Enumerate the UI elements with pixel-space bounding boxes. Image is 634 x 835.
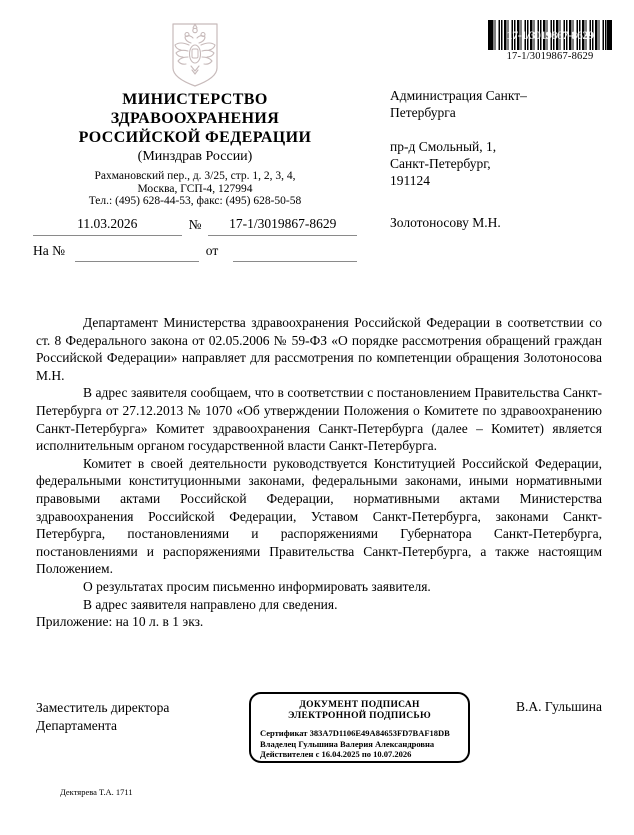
body-paragraph-2: В адрес заявителя сообщаем, что в соотве…	[36, 384, 602, 454]
on-number-label: На №	[33, 243, 65, 262]
letter-body: Департамент Министерства здравоохранения…	[36, 314, 602, 631]
body-paragraph-3: Комитет в своей деятельности руководству…	[36, 455, 602, 578]
signer-name: В.А. Гульшина	[516, 699, 602, 715]
barcode-icon: 17-1/3019867-8629	[488, 20, 612, 50]
addressee-organization: Администрация Санкт– Петербурга	[390, 87, 614, 121]
addressee-header: 17-1/3019867-8629 17-1/3019867-8629 Адми…	[390, 20, 614, 231]
addressee-address-line3: 191124	[390, 172, 614, 189]
stamp-details: Сертификат 383A7D1106E49A84653FD7BAF18DB…	[251, 728, 468, 760]
ministry-address: Рахмановский пер., д. 3/25, стр. 1, 2, 3…	[33, 170, 357, 208]
addressee-address-line1: пр-д Смольный, 1,	[390, 138, 614, 155]
addressee-org-line1: Администрация Санкт–	[390, 87, 614, 104]
signer-position-line1: Заместитель директора	[36, 699, 169, 717]
addressee-address-line2: Санкт-Петербург,	[390, 155, 614, 172]
ministry-name-line1: МИНИСТЕРСТВО	[33, 90, 357, 109]
addressee-org-line2: Петербурга	[390, 104, 614, 121]
barcode-block: 17-1/3019867-8629 17-1/3019867-8629	[488, 20, 612, 63]
signer-position-line2: Департамента	[36, 717, 169, 735]
signature-block: Заместитель директора Департамента ДОКУМ…	[36, 692, 602, 792]
digital-signature-stamp: ДОКУМЕНТ ПОДПИСАН ЭЛЕКТРОННОЙ ПОДПИСЬЮ С…	[249, 692, 470, 763]
from-label: от	[206, 243, 218, 262]
ministry-address-line3: Тел.: (495) 628-44-53, факс: (495) 628-5…	[33, 195, 357, 208]
incoming-reference-row: На № от	[33, 243, 357, 262]
ministry-address-line1: Рахмановский пер., д. 3/25, стр. 1, 2, 3…	[33, 170, 357, 183]
outgoing-number: 17-1/3019867-8629	[208, 216, 357, 236]
ministry-name-line3: РОССИЙСКОЙ ФЕДЕРАЦИИ	[33, 128, 357, 147]
barcode-label: 17-1/3019867-8629	[488, 51, 612, 63]
stamp-owner: Владелец Гульшина Валерия Александровна	[260, 739, 468, 750]
number-sign: №	[189, 217, 202, 236]
body-paragraph-1: Департамент Министерства здравоохранения…	[36, 314, 602, 384]
stamp-validity: Действителен с 16.04.2025 по 10.07.2026	[260, 749, 468, 760]
stamp-certificate: Сертификат 383A7D1106E49A84653FD7BAF18DB	[260, 728, 468, 739]
executor-note: Дектярева Т.А. 1711	[60, 787, 133, 797]
body-paragraph-4: О результатах просим письменно информиро…	[36, 578, 602, 596]
stamp-title-line2: ЭЛЕКТРОННОЙ ПОДПИСЬЮ	[251, 711, 468, 722]
incoming-number-blank	[75, 246, 199, 262]
attachment-note: Приложение: на 10 л. в 1 экз.	[36, 613, 602, 631]
barcode-knockout-digits: 17-1/3019867-8629	[488, 20, 612, 50]
incoming-date-blank	[233, 246, 357, 262]
ministry-address-line2: Москва, ГСП-4, 127994	[33, 183, 357, 196]
signer-position: Заместитель директора Департамента	[36, 699, 169, 735]
coat-of-arms-icon	[33, 22, 357, 88]
ministry-name: МИНИСТЕРСТВО ЗДРАВООХРАНЕНИЯ РОССИЙСКОЙ …	[33, 90, 357, 147]
stamp-title-line1: ДОКУМЕНТ ПОДПИСАН	[251, 700, 468, 711]
addressee-person: Золотоносову М.Н.	[390, 214, 614, 231]
outgoing-reference-row: 11.03.2026 № 17-1/3019867-8629	[33, 216, 357, 236]
body-paragraph-5: В адрес заявителя направлено для сведени…	[36, 596, 602, 614]
sender-header: МИНИСТЕРСТВО ЗДРАВООХРАНЕНИЯ РОССИЙСКОЙ …	[33, 22, 357, 262]
ministry-short-name: (Минздрав России)	[33, 148, 357, 165]
stamp-title: ДОКУМЕНТ ПОДПИСАН ЭЛЕКТРОННОЙ ПОДПИСЬЮ	[251, 700, 468, 722]
document-page: МИНИСТЕРСТВО ЗДРАВООХРАНЕНИЯ РОССИЙСКОЙ …	[0, 0, 634, 835]
addressee-address: пр-д Смольный, 1, Санкт-Петербург, 19112…	[390, 138, 614, 189]
ministry-name-line2: ЗДРАВООХРАНЕНИЯ	[33, 109, 357, 128]
outgoing-date: 11.03.2026	[33, 216, 182, 236]
